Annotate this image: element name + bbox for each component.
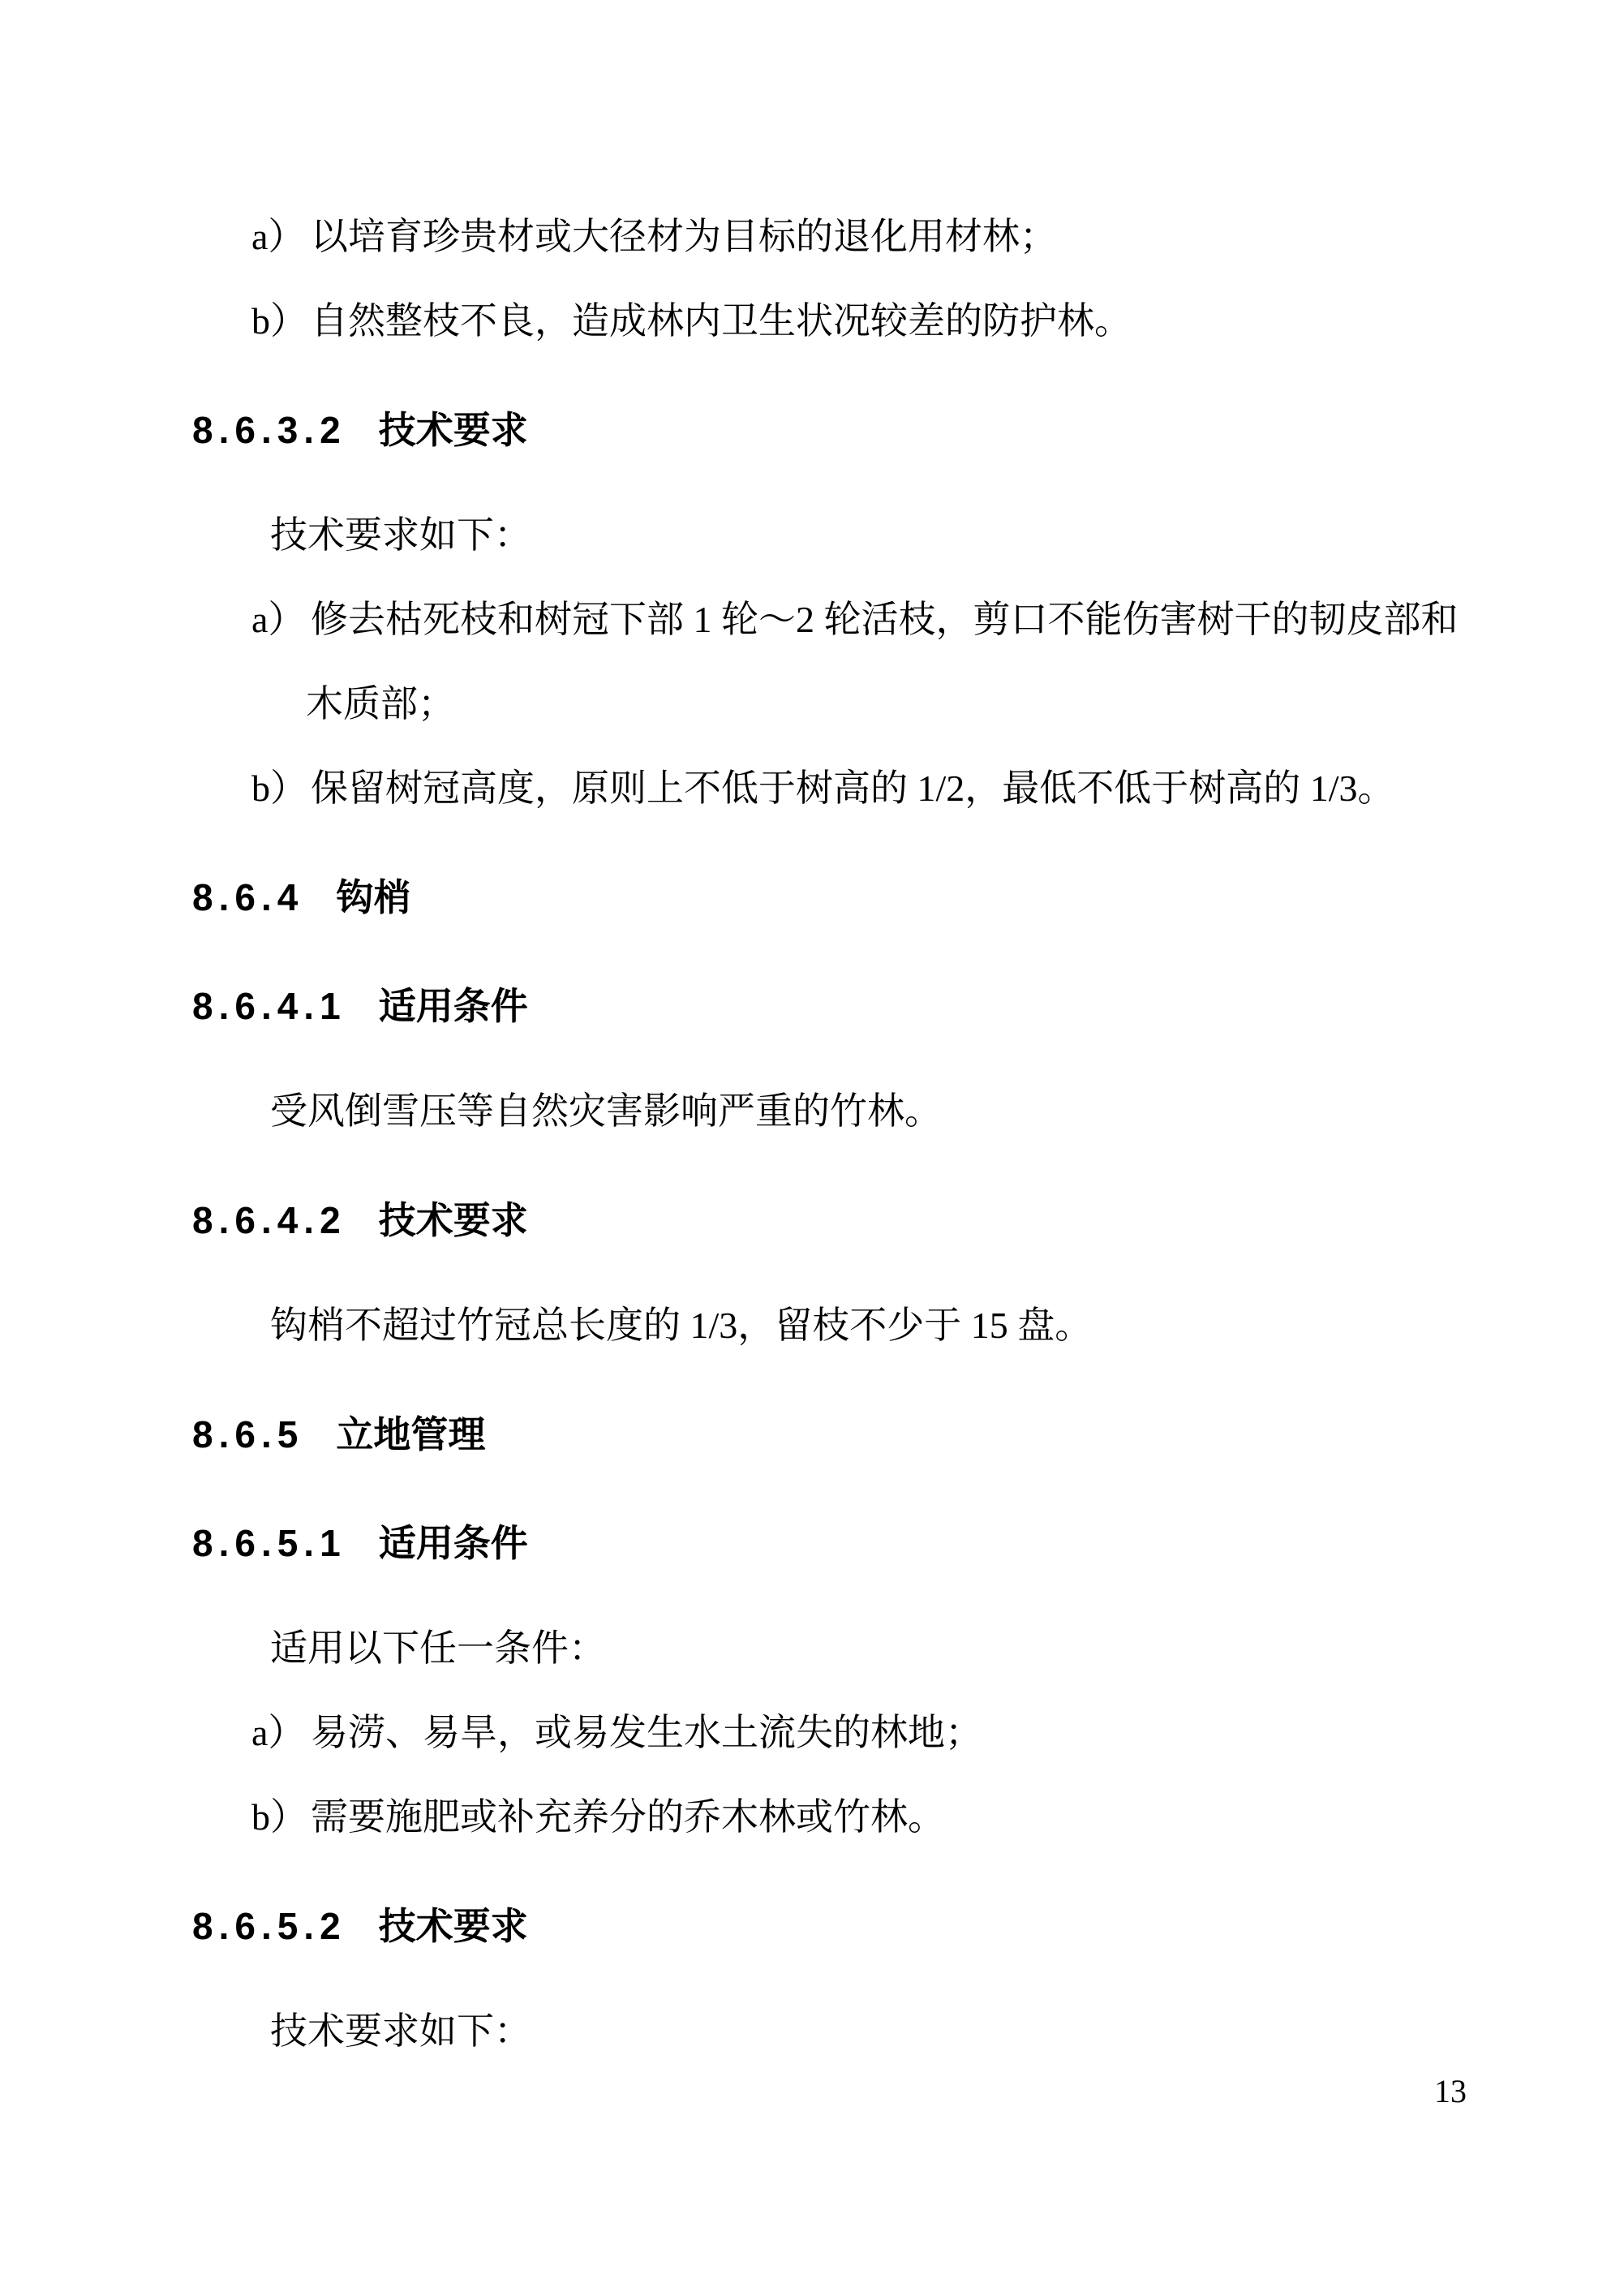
section-number: 8.6.4.2 [192,1199,346,1241]
section-title: 技术要求 [379,409,528,451]
list-item-text: 易涝、易旱，或易发生水土流失的林地； [311,1712,982,1753]
section-title: 钩梢 [336,876,410,918]
paragraph: 技术要求如下： [192,1989,1478,2074]
section-title: 适用条件 [379,985,528,1027]
list-item: b） 需要施肥或补充养分的乔木林或竹林。 [192,1775,1478,1860]
section-heading: 8.6.5.2技术要求 [192,1884,1478,1968]
section-heading: 8.6.4.1适用条件 [192,964,1478,1048]
list-marker: b） [251,746,307,831]
list-item-text: 以培育珍贵材或大径材为目标的退化用材林； [311,216,1057,257]
paragraph: 钩梢不超过竹冠总长度的 1/3，留枝不少于 15 盘。 [192,1283,1478,1368]
section-number: 8.6.5 [192,1413,303,1455]
section-heading: 8.6.5.1适用条件 [192,1501,1478,1585]
list-item-text: 自然整枝不良，造成林内卫生状况较差的防护林。 [311,300,1132,342]
section-number: 8.6.5.2 [192,1905,346,1947]
list-item: a） 以培育珍贵材或大径材为目标的退化用材林； [192,195,1478,279]
section-heading: 8.6.4.2技术要求 [192,1178,1478,1262]
list-item-text: 需要施肥或补充养分的乔木林或竹林。 [311,1796,945,1838]
list-item-continuation: 木质部； [192,662,1478,746]
list-item-text: 修去枯死枝和树冠下部 1 轮～2 轮活枝，剪口不能伤害树干的韧皮部和 [311,599,1459,640]
list-marker: a） [251,195,305,279]
paragraph: 受风倒雪压等自然灾害影响严重的竹林。 [192,1069,1478,1154]
document-content: a） 以培育珍贵材或大径材为目标的退化用材林； b） 自然整枝不良，造成林内卫生… [0,0,1624,2074]
list-marker: a） [251,578,305,662]
section-heading: 8.6.4钩梢 [192,855,1478,939]
list-marker: a） [251,1691,305,1775]
list-item: a） 修去枯死枝和树冠下部 1 轮～2 轮活枝，剪口不能伤害树干的韧皮部和 [192,578,1478,662]
section-number: 8.6.5.1 [192,1522,346,1564]
section-number: 8.6.4.1 [192,985,346,1027]
page-number: 13 [1434,2072,1467,2111]
section-title: 立地管理 [336,1413,485,1455]
list-item-text: 保留树冠高度，原则上不低于树高的 1/2，最低不低于树高的 1/3。 [311,767,1395,809]
list-marker: b） [251,279,307,363]
list-item: b） 自然整枝不良，造成林内卫生状况较差的防护林。 [192,279,1478,363]
section-heading: 8.6.5立地管理 [192,1392,1478,1477]
section-title: 技术要求 [379,1905,528,1947]
document-page: a） 以培育珍贵材或大径材为目标的退化用材林； b） 自然整枝不良，造成林内卫生… [0,0,1624,2296]
section-title: 适用条件 [379,1522,528,1564]
section-heading: 8.6.3.2技术要求 [192,388,1478,472]
list-marker: b） [251,1775,307,1860]
list-item: a） 易涝、易旱，或易发生水土流失的林地； [192,1691,1478,1775]
section-number: 8.6.4 [192,876,303,918]
section-title: 技术要求 [379,1199,528,1241]
section-number: 8.6.3.2 [192,409,346,451]
paragraph: 技术要求如下： [192,493,1478,578]
list-item: b） 保留树冠高度，原则上不低于树高的 1/2，最低不低于树高的 1/3。 [192,746,1478,831]
paragraph: 适用以下任一条件： [192,1606,1478,1691]
